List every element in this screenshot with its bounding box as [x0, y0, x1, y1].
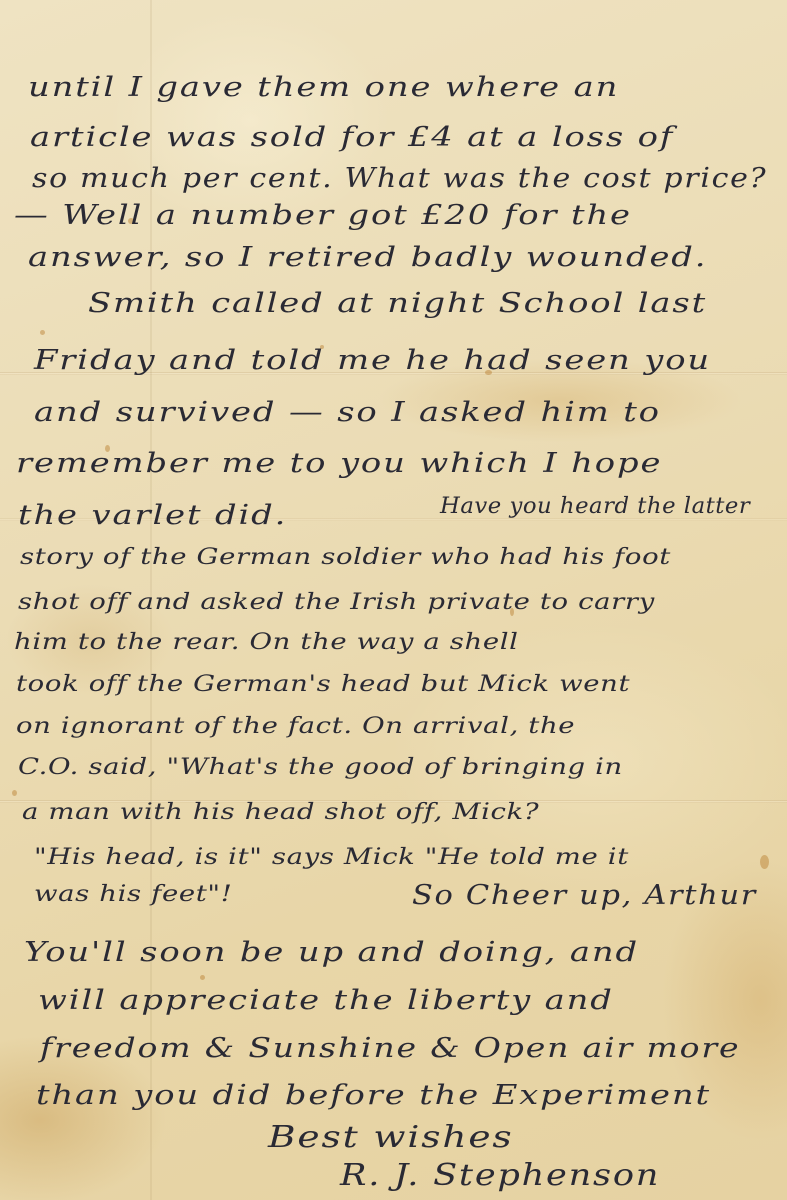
- letter-line: C.O. said, "What's the good of bringing …: [18, 755, 623, 780]
- letter-page: until I gave them one where an article w…: [0, 0, 787, 1200]
- letter-line: You'll soon be up and doing, and: [24, 937, 639, 968]
- letter-line: article was sold for £4 at a loss of: [30, 122, 674, 153]
- letter-line: the varlet did.: [18, 500, 287, 531]
- letter-line: freedom & Sunshine & Open air more: [40, 1033, 740, 1064]
- letter-line: was his feet"!: [34, 882, 232, 907]
- letter-line: Have you heard the latter: [440, 494, 750, 519]
- letter-closing: Best wishes: [268, 1120, 514, 1155]
- letter-line: on ignorant of the fact. On arrival, the: [16, 714, 575, 739]
- letter-line: than you did before the Experiment: [36, 1080, 711, 1111]
- letter-line: Smith called at night School last: [88, 288, 707, 319]
- letter-line: so much per cent. What was the cost pric…: [32, 163, 767, 194]
- letter-body: until I gave them one where an article w…: [0, 0, 787, 1200]
- letter-signature: R. J. Stephenson: [340, 1158, 660, 1193]
- letter-line: will appreciate the liberty and: [38, 985, 614, 1016]
- letter-line: "His head, is it" says Mick "He told me …: [34, 845, 629, 870]
- letter-line: and survived — so I asked him to: [34, 397, 661, 428]
- letter-line: a man with his head shot off, Mick?: [22, 800, 539, 825]
- letter-line: shot off and asked the Irish private to …: [18, 590, 655, 615]
- letter-line: — Well a number got £20 for the: [14, 200, 632, 231]
- letter-line: story of the German soldier who had his …: [20, 545, 671, 570]
- letter-line: So Cheer up, Arthur: [412, 880, 757, 911]
- letter-line: him to the rear. On the way a shell: [14, 630, 519, 655]
- letter-line: Friday and told me he had seen you: [34, 345, 711, 376]
- letter-line: answer, so I retired badly wounded.: [28, 242, 707, 273]
- letter-line: remember me to you which I hope: [16, 448, 662, 479]
- letter-line: until I gave them one where an: [28, 72, 619, 103]
- letter-line: took off the German's head but Mick went: [16, 672, 630, 697]
